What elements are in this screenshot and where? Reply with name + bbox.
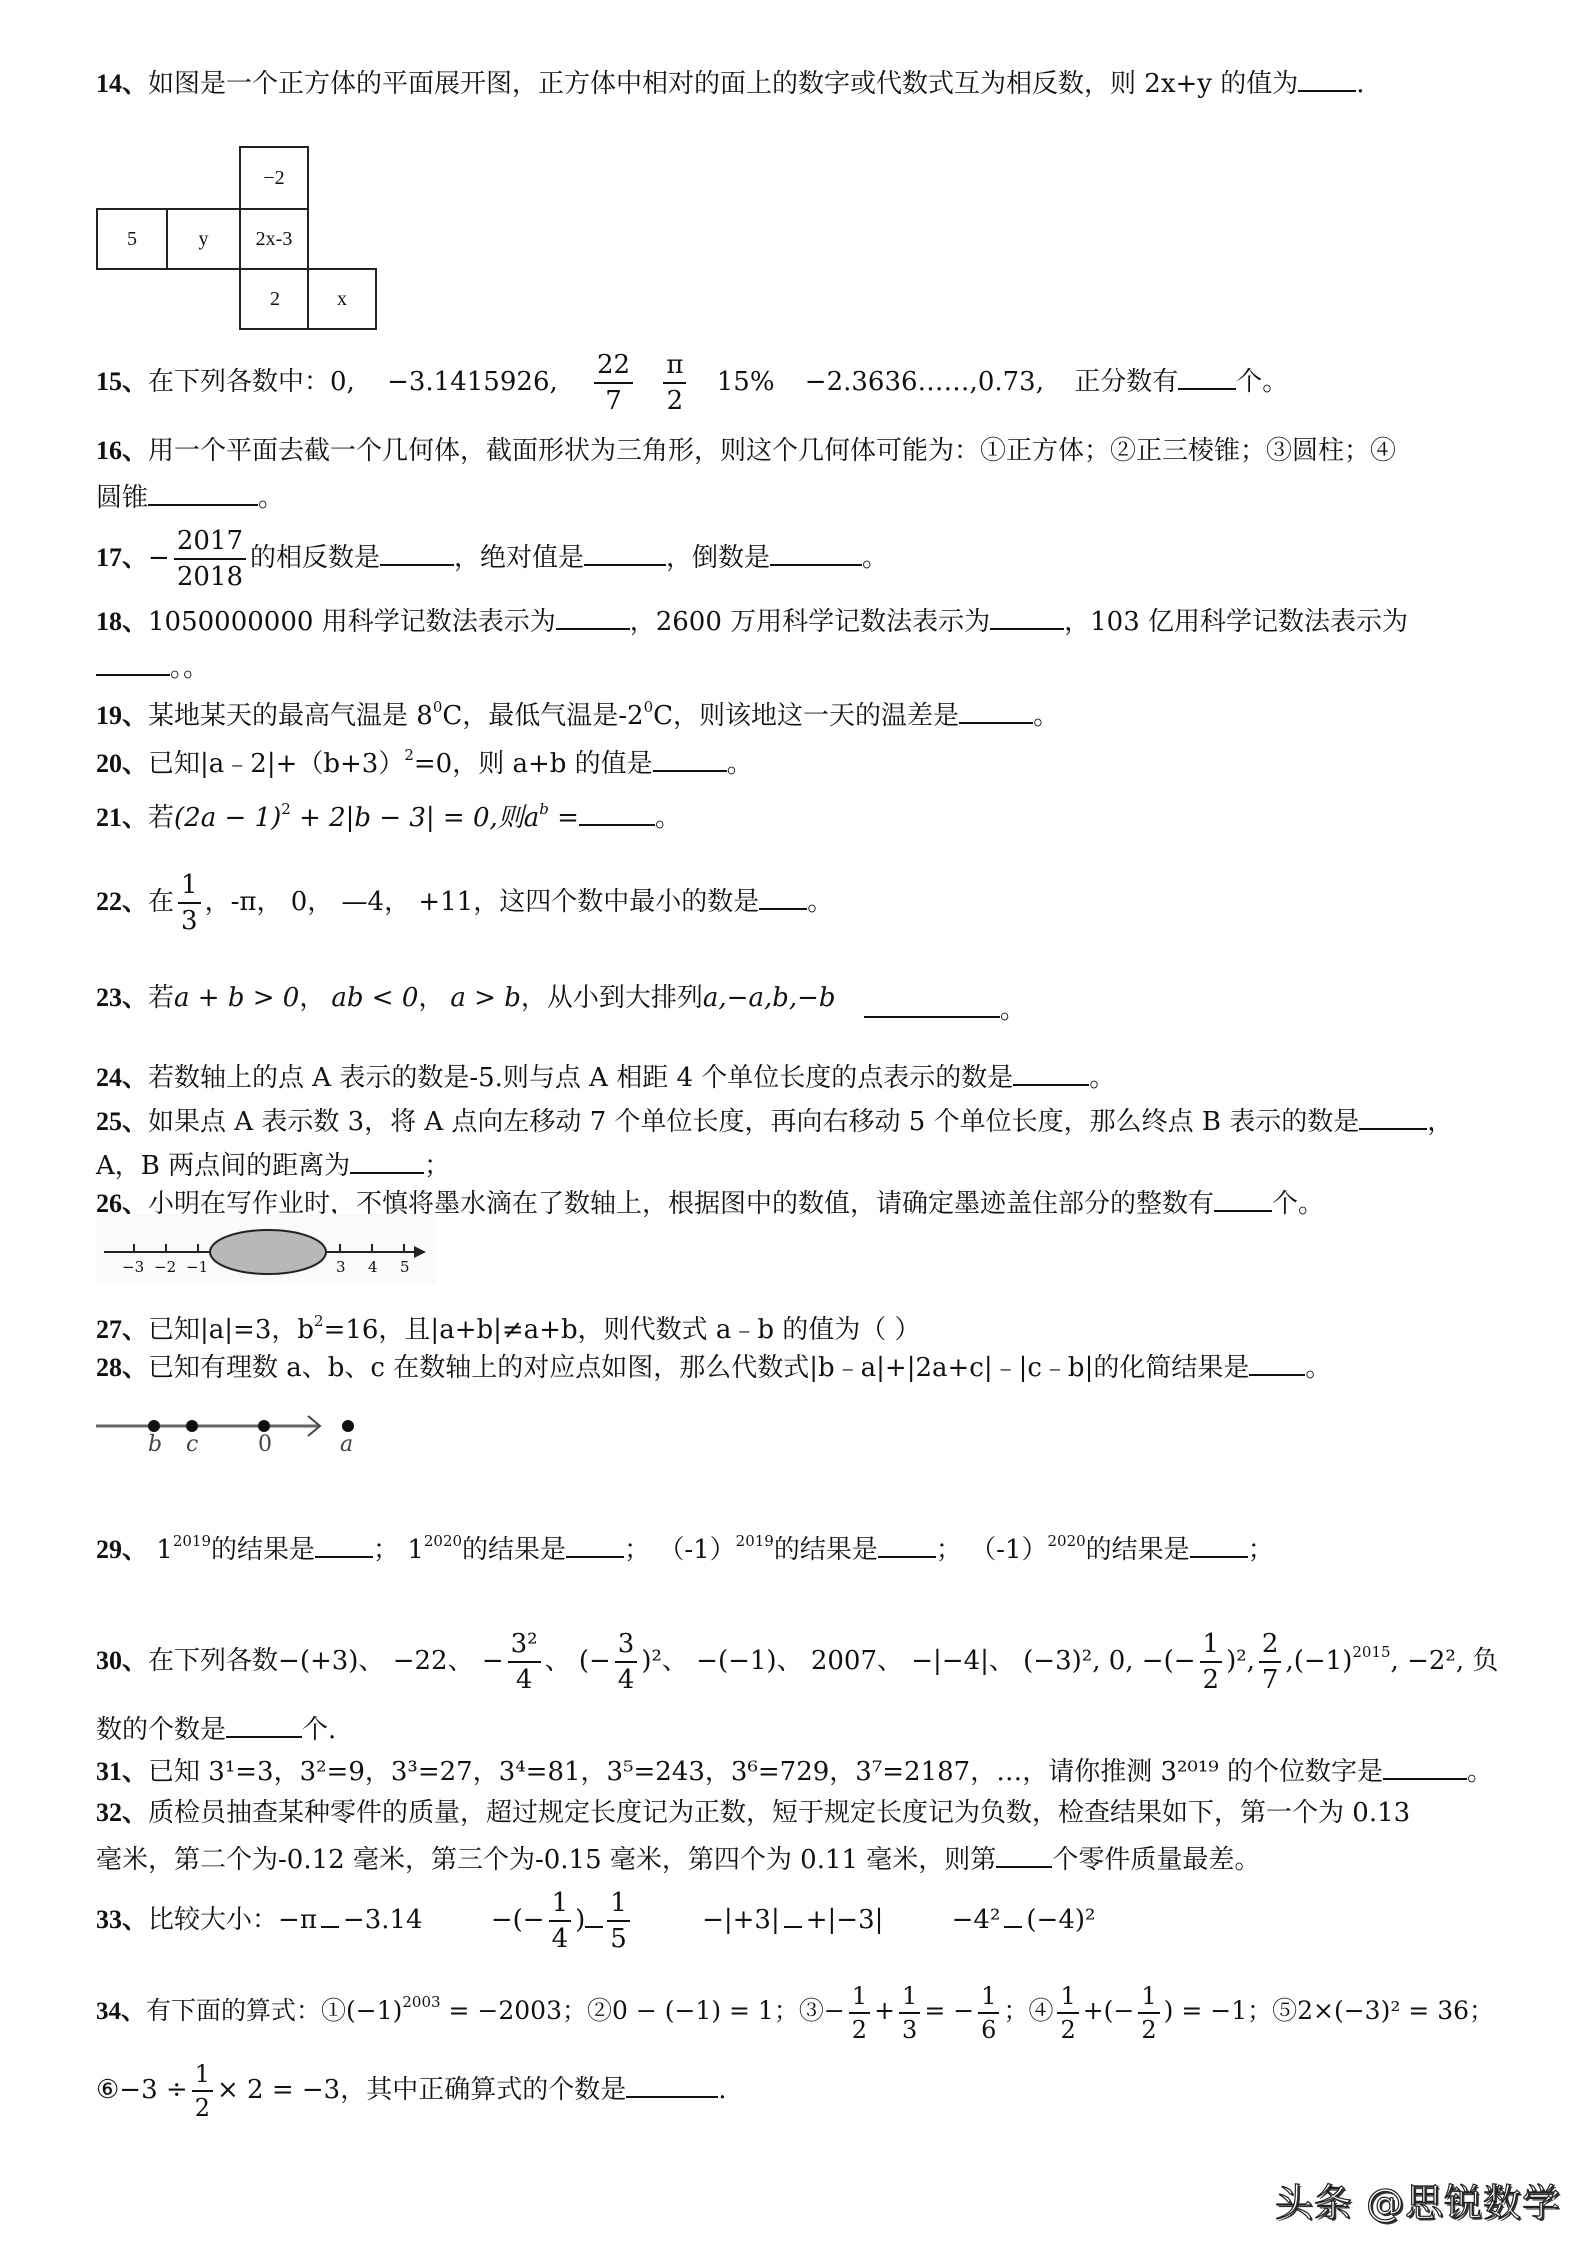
number-line-abc-svg	[96, 1410, 416, 1470]
answer-blank[interactable]	[1214, 1184, 1272, 1212]
answer-blank[interactable]	[996, 1840, 1052, 1868]
answer-blank[interactable]	[990, 602, 1064, 630]
question-text: 如图是一个正方体的平面展开图，正方体中相对的面上的数字或代数式互为相反数，则 2…	[148, 69, 1298, 99]
answer-blank[interactable]	[864, 990, 1000, 1018]
answer-blank[interactable]	[226, 1710, 302, 1738]
answer-blank[interactable]	[626, 2070, 718, 2098]
question-30: 30、在下列各数−(+3)、 −22、 −3²4、 (−34)²、 −(−1)、…	[96, 1616, 1498, 1697]
fraction-1-6: 16	[978, 1984, 999, 2042]
answer-blank[interactable]	[321, 1900, 339, 1928]
fraction-1-2: 12	[1138, 1984, 1159, 2042]
answer-blank[interactable]	[784, 1900, 802, 1928]
answer-blank[interactable]	[878, 1530, 936, 1558]
answer-blank[interactable]	[1190, 1530, 1248, 1558]
answer-blank[interactable]	[759, 882, 807, 910]
answer-blank[interactable]	[1249, 1348, 1305, 1376]
question-25-line2: A，B 两点间的距离为；	[96, 1146, 450, 1183]
fraction-1-2: 12	[192, 2062, 213, 2120]
question-34: 34、有下面的算式：①(−1)2003 = −2003；②0 − (−1) = …	[96, 1966, 1494, 2048]
answer-blank[interactable]	[584, 538, 666, 566]
cube-face-x: x	[307, 268, 377, 330]
fraction-3-4: 34	[615, 1631, 638, 1693]
fraction-2017-2018: 20172018	[174, 528, 246, 590]
answer-blank[interactable]	[1383, 1752, 1467, 1780]
fraction-1-2: 12	[1057, 1984, 1078, 2042]
answer-blank[interactable]	[770, 538, 862, 566]
q29-item-1: 12019的结果是；	[156, 1535, 399, 1565]
ink-number-line-figure: −3 −2 −1 3 4 5	[96, 1214, 436, 1284]
answer-blank[interactable]	[585, 1900, 603, 1928]
fraction-pi-2: π2	[663, 352, 686, 414]
question-33: 33、比较大小：−π−3.14 −(−14)15 −|+3|+|−3| −4²(…	[96, 1888, 1095, 1952]
answer-blank[interactable]	[96, 648, 170, 676]
fraction-2-7: 27	[1259, 1631, 1282, 1693]
question-30-line2: 数的个数是个.	[96, 1710, 336, 1747]
answer-blank[interactable]	[566, 1530, 624, 1558]
cube-face-5: 5	[96, 208, 166, 270]
watermark: 头条 @思锐数学	[1275, 2172, 1561, 2227]
fraction-1-2: 12	[1200, 1631, 1223, 1693]
fraction-1-3: 13	[178, 872, 201, 934]
question-24: 24、若数轴上的点 A 表示的数是-5.则与点 A 相距 4 个单位长度的点表示…	[96, 1058, 1115, 1095]
question-29: 29、 12019的结果是； 12020的结果是； （-1）2019的结果是； …	[96, 1524, 1274, 1567]
abc-number-line-figure: b c 0 a	[96, 1410, 416, 1470]
fraction-1-3: 13	[899, 1984, 920, 2042]
fraction-1-2: 12	[849, 1984, 870, 2042]
question-18: 18、1050000000 用科学记数法表示为，2600 万用科学记数法表示为，…	[96, 602, 1408, 639]
answer-blank[interactable]	[1004, 1900, 1022, 1928]
cube-net-figure: −2 5 y 2x-3 2 x	[96, 146, 386, 342]
answer-blank[interactable]	[579, 798, 655, 826]
q29-item-4: （-1）2020的结果是；	[970, 1535, 1274, 1565]
cube-face-2: 2	[239, 268, 309, 330]
cube-face-y: y	[166, 208, 239, 270]
cube-face-2x-3: 2x-3	[239, 208, 309, 270]
question-16: 16、用一个平面去截一个几何体，截面形状为三角形，则这个几何体可能为：①正方体；…	[96, 434, 1396, 468]
answer-blank[interactable]	[556, 602, 630, 630]
question-14: 14、如图是一个正方体的平面展开图，正方体中相对的面上的数字或代数式互为相反数，…	[96, 64, 1365, 101]
fraction-3sq-4: 3²4	[508, 1631, 541, 1693]
answer-blank[interactable]	[350, 1146, 424, 1174]
question-28: 28、已知有理数 a、b、c 在数轴上的对应点如图，那么代数式|b﹣a|+|2a…	[96, 1348, 1331, 1385]
question-number: 14、	[96, 69, 148, 98]
fraction-1-4: 14	[549, 1890, 572, 1952]
point-a	[342, 1420, 354, 1432]
answer-blank[interactable]	[653, 744, 727, 772]
question-17: 17、−20172018的相反数是，绝对值是，倒数是。	[96, 528, 888, 590]
answer-blank[interactable]	[1359, 1102, 1427, 1130]
question-32: 32、质检员抽查某种零件的质量，超过规定长度记为正数，短于规定长度记为负数，检查…	[96, 1796, 1410, 1830]
answer-blank[interactable]	[148, 478, 258, 506]
q29-item-3: （-1）2019的结果是；	[658, 1535, 962, 1565]
q29-item-2: 12020的结果是；	[407, 1535, 650, 1565]
question-18-line2: 。。	[96, 648, 209, 685]
cube-face-top: −2	[239, 146, 309, 208]
fraction-1-5: 15	[607, 1890, 630, 1952]
question-19: 19、某地某天的最高气温是 80C，最低气温是-20C，则该地这一天的温差是。	[96, 690, 1059, 733]
question-16-line2: 圆锥。	[96, 478, 284, 515]
question-32-line2: 毫米，第二个为-0.12 毫米，第三个为-0.15 毫米，第四个为 0.11 毫…	[96, 1840, 1260, 1877]
question-21: 21、若(2a − 1)2 + 2|b − 3| = 0,则ab =。	[96, 792, 681, 835]
question-23: 23、若a + b > 0，ab < 0，a > b，从小到大排列a,−a,b,…	[96, 978, 1026, 1015]
fraction-22-7: 227	[594, 352, 633, 414]
answer-blank[interactable]	[959, 696, 1033, 724]
answer-blank[interactable]	[1013, 1058, 1089, 1086]
question-25: 25、如果点 A 表示数 3，将 A 点向左移动 7 个单位长度，再向右移动 5…	[96, 1102, 1453, 1139]
number-line-ink-svg	[96, 1214, 436, 1284]
question-22: 22、在13，-π， 0， —4， +11，这四个数中最小的数是。	[96, 872, 833, 934]
question-31: 31、已知 3¹=3，3²=9，3³=27，3⁴=81，3⁵=243，3⁶=72…	[96, 1752, 1493, 1789]
question-15: 15、在下列各数中：0, −3.1415926, 227 π2 15% −2.3…	[96, 352, 1288, 414]
answer-blank[interactable]	[315, 1530, 373, 1558]
question-20: 20、已知|a﹣2|+（b+3）2=0，则 a+b 的值是。	[96, 738, 753, 781]
answer-blank[interactable]	[1178, 362, 1236, 390]
answer-blank[interactable]	[1298, 64, 1356, 92]
question-34-line2: ⑥−3 ÷12× 2 = −3，其中正确算式的个数是.	[96, 2054, 726, 2126]
question-27: 27、已知|a|=3，b2=16，且|a+b|≠a+b，则代数式 a﹣b 的值为…	[96, 1304, 921, 1347]
answer-blank[interactable]	[380, 538, 454, 566]
